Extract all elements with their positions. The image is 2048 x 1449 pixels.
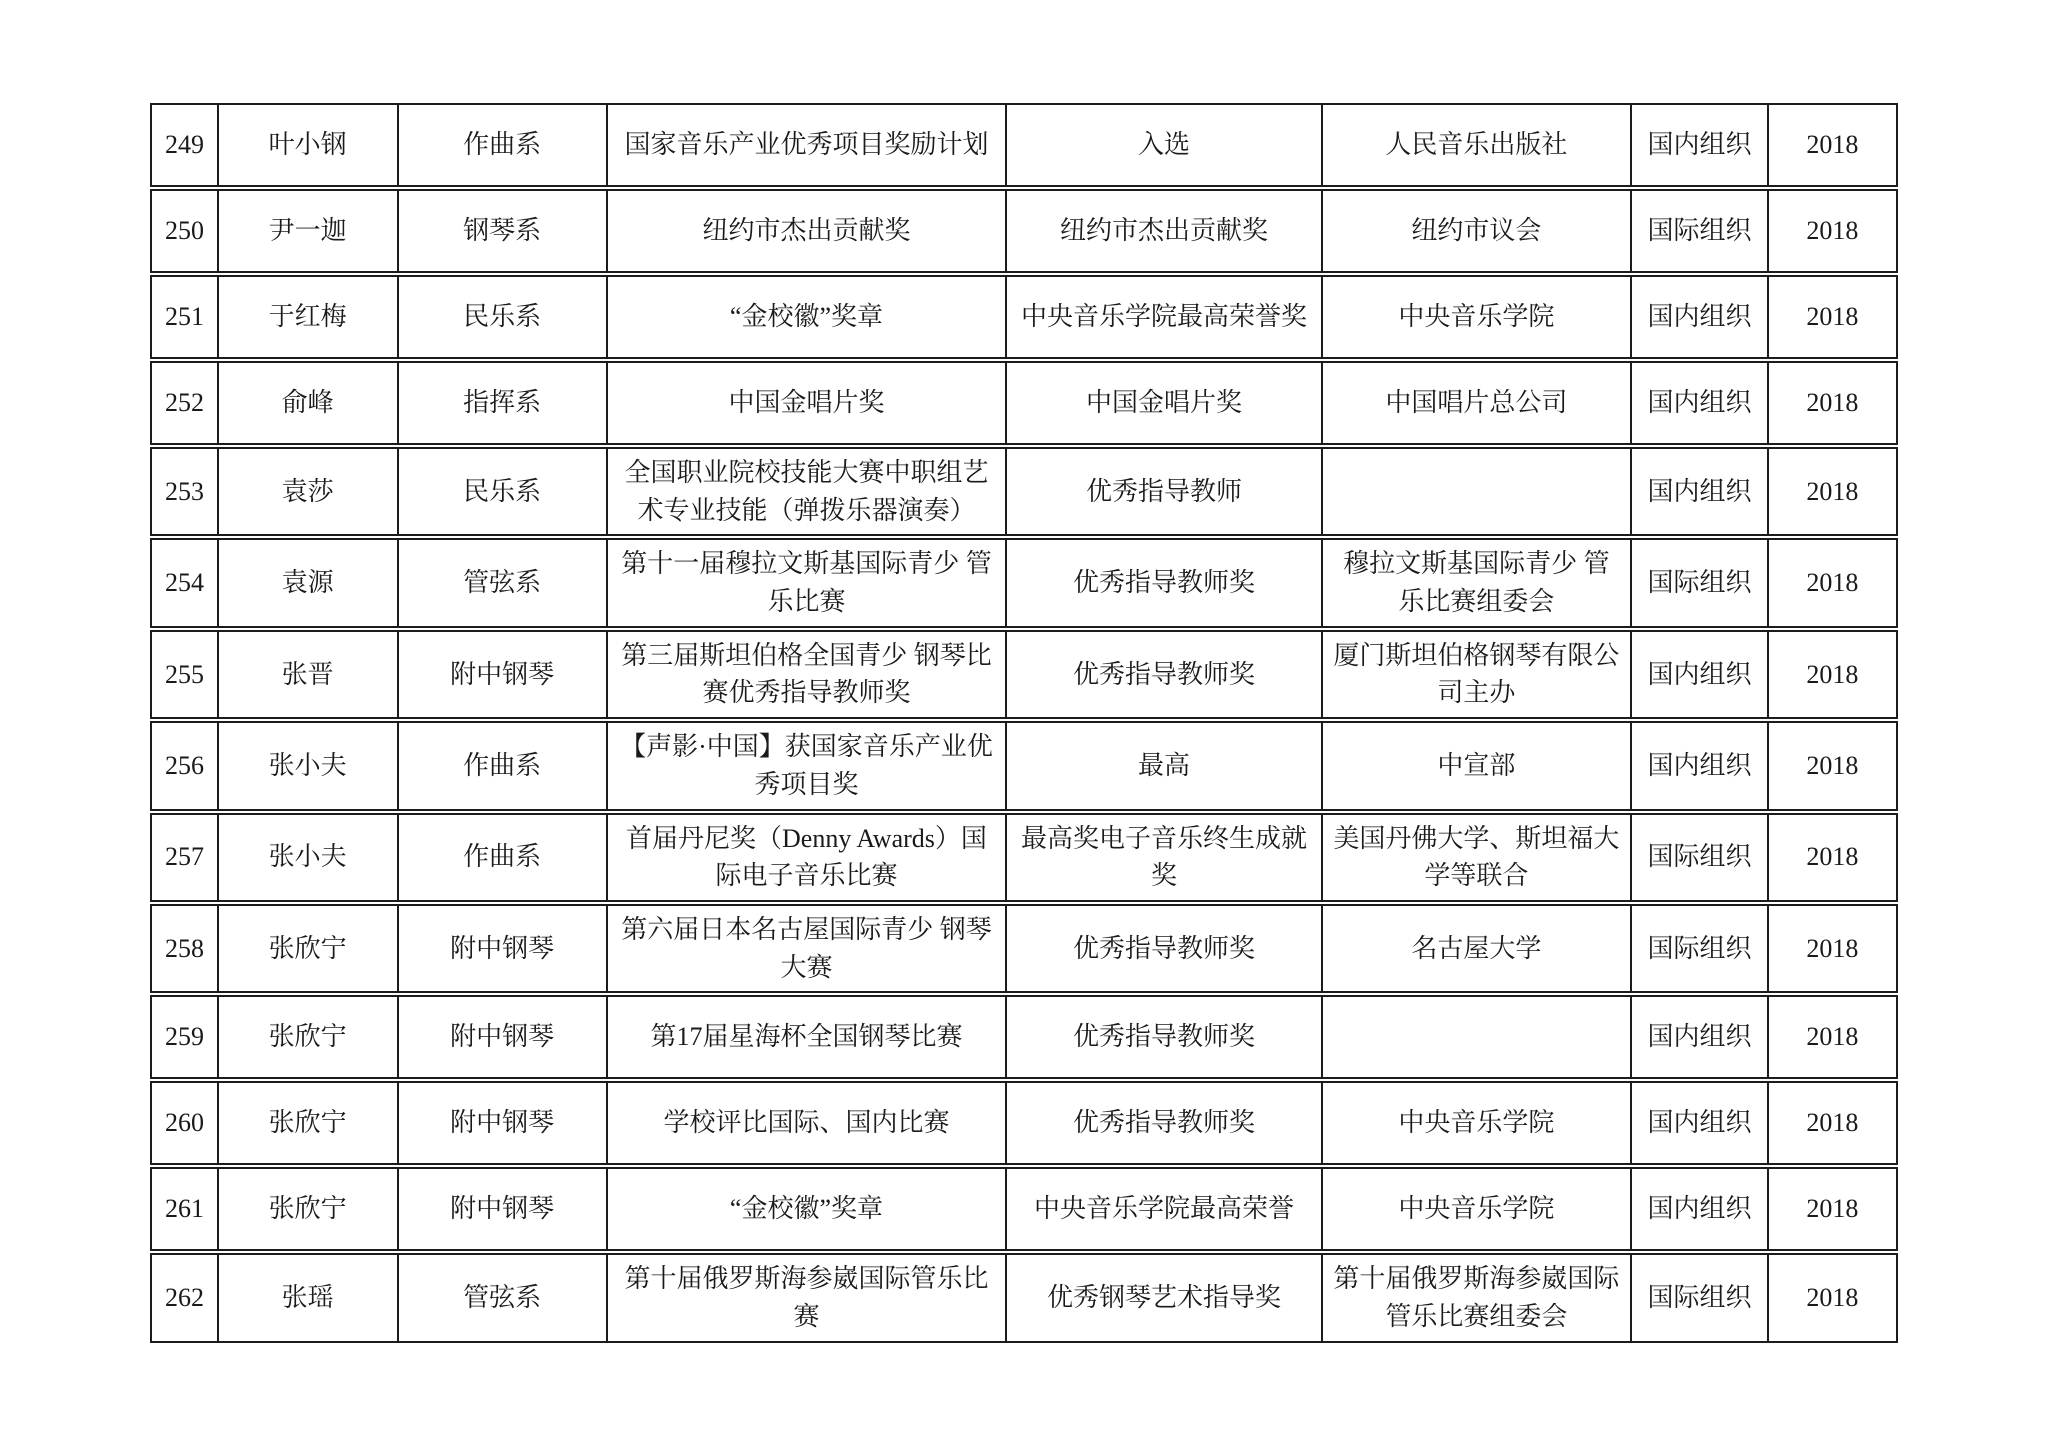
cell-year: 2018 bbox=[1767, 363, 1896, 443]
cell-year: 2018 bbox=[1767, 632, 1896, 717]
cell-year: 2018 bbox=[1767, 191, 1896, 271]
cell-department: 作曲系 bbox=[397, 723, 606, 808]
cell-index: 252 bbox=[152, 363, 217, 443]
cell-awarding-org: 美国丹佛大学、斯坦福大学等联合 bbox=[1321, 815, 1630, 900]
cell-award-name: 全国职业院校技能大赛中职组艺术专业技能（弹拨乐器演奏） bbox=[606, 449, 1005, 534]
cell-year: 2018 bbox=[1767, 906, 1896, 991]
cell-awarding-org: 中宣部 bbox=[1321, 723, 1630, 808]
cell-org-type: 国内组织 bbox=[1630, 105, 1767, 185]
cell-awarding-org: 厦门斯坦伯格钢琴有限公司主办 bbox=[1321, 632, 1630, 717]
cell-name: 张欣宁 bbox=[217, 1169, 397, 1249]
cell-award-name: 【声影·中国】获国家音乐产业优秀项目奖 bbox=[606, 723, 1005, 808]
cell-awarding-org bbox=[1321, 997, 1630, 1077]
cell-org-type: 国内组织 bbox=[1630, 1083, 1767, 1163]
awards-table: 249 叶小钢 作曲系 国家音乐产业优秀项目奖励计划 入选 人民音乐出版社 国内… bbox=[150, 103, 1898, 1343]
cell-award-name: 纽约市杰出贡献奖 bbox=[606, 191, 1005, 271]
cell-award-name: “金校徽”奖章 bbox=[606, 1169, 1005, 1249]
table-row: 262 张瑶 管弦系 第十届俄罗斯海参崴国际管乐比赛 优秀钢琴艺术指导奖 第十届… bbox=[150, 1253, 1898, 1342]
cell-org-type: 国内组织 bbox=[1630, 997, 1767, 1077]
cell-index: 253 bbox=[152, 449, 217, 534]
cell-year: 2018 bbox=[1767, 105, 1896, 185]
cell-index: 254 bbox=[152, 540, 217, 625]
cell-org-type: 国际组织 bbox=[1630, 906, 1767, 991]
cell-org-type: 国内组织 bbox=[1630, 277, 1767, 357]
cell-year: 2018 bbox=[1767, 540, 1896, 625]
cell-award-result: 入选 bbox=[1005, 105, 1321, 185]
table-row: 250 尹一迦 钢琴系 纽约市杰出贡献奖 纽约市杰出贡献奖 纽约市议会 国际组织… bbox=[150, 189, 1898, 273]
cell-award-result: 纽约市杰出贡献奖 bbox=[1005, 191, 1321, 271]
cell-department: 附中钢琴 bbox=[397, 1083, 606, 1163]
table-row: 252 俞峰 指挥系 中国金唱片奖 中国金唱片奖 中国唱片总公司 国内组织 20… bbox=[150, 361, 1898, 445]
cell-index: 262 bbox=[152, 1255, 217, 1340]
cell-index: 249 bbox=[152, 105, 217, 185]
cell-name: 袁源 bbox=[217, 540, 397, 625]
cell-year: 2018 bbox=[1767, 277, 1896, 357]
cell-name: 叶小钢 bbox=[217, 105, 397, 185]
cell-index: 251 bbox=[152, 277, 217, 357]
table-row: 254 袁源 管弦系 第十一届穆拉文斯基国际青少 管乐比赛 优秀指导教师奖 穆拉… bbox=[150, 538, 1898, 627]
cell-name: 张小夫 bbox=[217, 815, 397, 900]
cell-name: 张晋 bbox=[217, 632, 397, 717]
table-row: 251 于红梅 民乐系 “金校徽”奖章 中央音乐学院最高荣誉奖 中央音乐学院 国… bbox=[150, 275, 1898, 359]
cell-name: 于红梅 bbox=[217, 277, 397, 357]
cell-award-name: 首届丹尼奖（Denny Awards）国际电子音乐比赛 bbox=[606, 815, 1005, 900]
cell-org-type: 国内组织 bbox=[1630, 723, 1767, 808]
cell-department: 管弦系 bbox=[397, 1255, 606, 1340]
cell-awarding-org: 中国唱片总公司 bbox=[1321, 363, 1630, 443]
table-row: 256 张小夫 作曲系 【声影·中国】获国家音乐产业优秀项目奖 最高 中宣部 国… bbox=[150, 721, 1898, 810]
cell-org-type: 国内组织 bbox=[1630, 632, 1767, 717]
cell-name: 张瑶 bbox=[217, 1255, 397, 1340]
cell-department: 民乐系 bbox=[397, 449, 606, 534]
cell-award-result: 最高奖电子音乐终生成就奖 bbox=[1005, 815, 1321, 900]
cell-index: 259 bbox=[152, 997, 217, 1077]
cell-department: 作曲系 bbox=[397, 105, 606, 185]
cell-org-type: 国际组织 bbox=[1630, 815, 1767, 900]
cell-department: 民乐系 bbox=[397, 277, 606, 357]
cell-year: 2018 bbox=[1767, 815, 1896, 900]
cell-department: 管弦系 bbox=[397, 540, 606, 625]
cell-department: 作曲系 bbox=[397, 815, 606, 900]
cell-awarding-org: 穆拉文斯基国际青少 管乐比赛组委会 bbox=[1321, 540, 1630, 625]
cell-name: 张欣宁 bbox=[217, 906, 397, 991]
cell-awarding-org: 中央音乐学院 bbox=[1321, 277, 1630, 357]
cell-name: 张小夫 bbox=[217, 723, 397, 808]
cell-department: 附中钢琴 bbox=[397, 1169, 606, 1249]
cell-index: 258 bbox=[152, 906, 217, 991]
cell-award-name: “金校徽”奖章 bbox=[606, 277, 1005, 357]
cell-award-result: 优秀指导教师奖 bbox=[1005, 1083, 1321, 1163]
table-row: 261 张欣宁 附中钢琴 “金校徽”奖章 中央音乐学院最高荣誉 中央音乐学院 国… bbox=[150, 1167, 1898, 1251]
cell-award-result: 优秀指导教师奖 bbox=[1005, 906, 1321, 991]
cell-department: 指挥系 bbox=[397, 363, 606, 443]
cell-name: 俞峰 bbox=[217, 363, 397, 443]
cell-department: 钢琴系 bbox=[397, 191, 606, 271]
cell-award-result: 优秀指导教师奖 bbox=[1005, 632, 1321, 717]
cell-year: 2018 bbox=[1767, 1083, 1896, 1163]
cell-index: 257 bbox=[152, 815, 217, 900]
cell-award-result: 优秀指导教师奖 bbox=[1005, 540, 1321, 625]
cell-name: 张欣宁 bbox=[217, 1083, 397, 1163]
table-row: 259 张欣宁 附中钢琴 第17届星海杯全国钢琴比赛 优秀指导教师奖 国内组织 … bbox=[150, 995, 1898, 1079]
table-row: 260 张欣宁 附中钢琴 学校评比国际、国内比赛 优秀指导教师奖 中央音乐学院 … bbox=[150, 1081, 1898, 1165]
cell-award-name: 第六届日本名古屋国际青少 钢琴大赛 bbox=[606, 906, 1005, 991]
cell-index: 256 bbox=[152, 723, 217, 808]
cell-department: 附中钢琴 bbox=[397, 997, 606, 1077]
cell-award-result: 中央音乐学院最高荣誉 bbox=[1005, 1169, 1321, 1249]
cell-award-name: 第三届斯坦伯格全国青少 钢琴比赛优秀指导教师奖 bbox=[606, 632, 1005, 717]
cell-name: 张欣宁 bbox=[217, 997, 397, 1077]
cell-award-name: 第17届星海杯全国钢琴比赛 bbox=[606, 997, 1005, 1077]
cell-award-result: 中国金唱片奖 bbox=[1005, 363, 1321, 443]
cell-year: 2018 bbox=[1767, 1255, 1896, 1340]
table-row: 258 张欣宁 附中钢琴 第六届日本名古屋国际青少 钢琴大赛 优秀指导教师奖 名… bbox=[150, 904, 1898, 993]
cell-award-result: 优秀指导教师 bbox=[1005, 449, 1321, 534]
cell-index: 261 bbox=[152, 1169, 217, 1249]
cell-year: 2018 bbox=[1767, 723, 1896, 808]
table-row: 249 叶小钢 作曲系 国家音乐产业优秀项目奖励计划 入选 人民音乐出版社 国内… bbox=[150, 103, 1898, 187]
cell-index: 255 bbox=[152, 632, 217, 717]
cell-department: 附中钢琴 bbox=[397, 632, 606, 717]
cell-award-result: 中央音乐学院最高荣誉奖 bbox=[1005, 277, 1321, 357]
cell-name: 尹一迦 bbox=[217, 191, 397, 271]
cell-awarding-org: 名古屋大学 bbox=[1321, 906, 1630, 991]
cell-award-result: 最高 bbox=[1005, 723, 1321, 808]
cell-awarding-org bbox=[1321, 449, 1630, 534]
cell-awarding-org: 第十届俄罗斯海参崴国际管乐比赛组委会 bbox=[1321, 1255, 1630, 1340]
cell-index: 250 bbox=[152, 191, 217, 271]
cell-year: 2018 bbox=[1767, 1169, 1896, 1249]
cell-award-name: 国家音乐产业优秀项目奖励计划 bbox=[606, 105, 1005, 185]
cell-org-type: 国际组织 bbox=[1630, 540, 1767, 625]
cell-index: 260 bbox=[152, 1083, 217, 1163]
cell-awarding-org: 纽约市议会 bbox=[1321, 191, 1630, 271]
cell-awarding-org: 人民音乐出版社 bbox=[1321, 105, 1630, 185]
cell-department: 附中钢琴 bbox=[397, 906, 606, 991]
table-row: 255 张晋 附中钢琴 第三届斯坦伯格全国青少 钢琴比赛优秀指导教师奖 优秀指导… bbox=[150, 630, 1898, 719]
table-row: 257 张小夫 作曲系 首届丹尼奖（Denny Awards）国际电子音乐比赛 … bbox=[150, 813, 1898, 902]
cell-award-name: 学校评比国际、国内比赛 bbox=[606, 1083, 1005, 1163]
cell-org-type: 国内组织 bbox=[1630, 1169, 1767, 1249]
cell-awarding-org: 中央音乐学院 bbox=[1321, 1169, 1630, 1249]
cell-award-name: 中国金唱片奖 bbox=[606, 363, 1005, 443]
cell-award-result: 优秀钢琴艺术指导奖 bbox=[1005, 1255, 1321, 1340]
cell-name: 袁莎 bbox=[217, 449, 397, 534]
cell-org-type: 国际组织 bbox=[1630, 191, 1767, 271]
table-row: 253 袁莎 民乐系 全国职业院校技能大赛中职组艺术专业技能（弹拨乐器演奏） 优… bbox=[150, 447, 1898, 536]
cell-award-name: 第十届俄罗斯海参崴国际管乐比赛 bbox=[606, 1255, 1005, 1340]
cell-awarding-org: 中央音乐学院 bbox=[1321, 1083, 1630, 1163]
cell-year: 2018 bbox=[1767, 997, 1896, 1077]
cell-award-name: 第十一届穆拉文斯基国际青少 管乐比赛 bbox=[606, 540, 1005, 625]
cell-year: 2018 bbox=[1767, 449, 1896, 534]
cell-org-type: 国际组织 bbox=[1630, 1255, 1767, 1340]
cell-org-type: 国内组织 bbox=[1630, 449, 1767, 534]
cell-org-type: 国内组织 bbox=[1630, 363, 1767, 443]
cell-award-result: 优秀指导教师奖 bbox=[1005, 997, 1321, 1077]
